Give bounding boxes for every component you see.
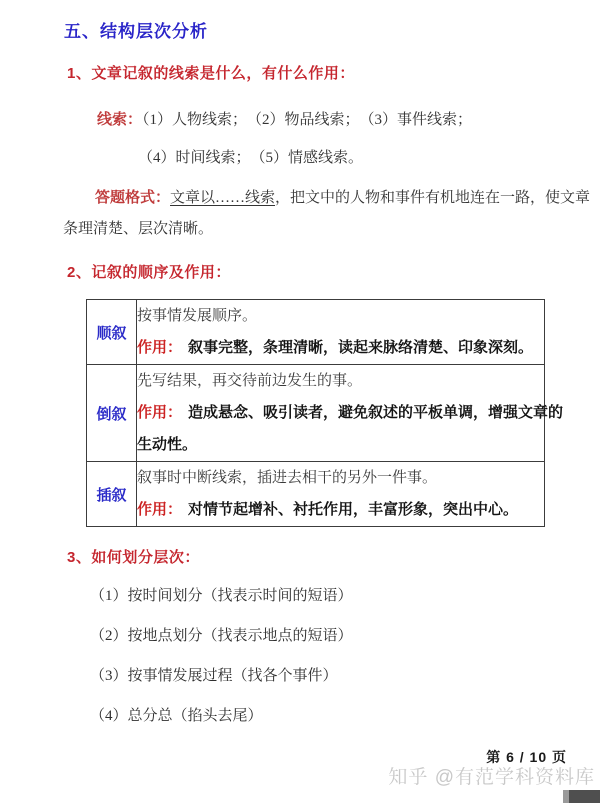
section3-heading: 3、如何划分层次： bbox=[67, 546, 200, 567]
page-title: 五、结构层次分析 bbox=[64, 17, 208, 42]
clue-line-1: 线索：（1）人物线索； （2）物品线索； （3）事件线索； bbox=[97, 108, 472, 129]
narration-order-table: 顺叙 按事情发展顺序。 作用：叙事完整，条理清晰，读起来脉络清楚、印象深刻。 倒… bbox=[86, 299, 545, 527]
effect-text: 造成悬念、吸引读者，避免叙述的平板单调，增强文章的 bbox=[188, 404, 563, 421]
row-description: 按事情发展顺序。 bbox=[137, 300, 544, 332]
answer-format-underlined: 文章以……线索 bbox=[170, 190, 275, 206]
effect-label: 作用： bbox=[137, 501, 182, 518]
list-item: （4）总分总（掐头去尾） bbox=[90, 708, 353, 724]
clue-label: 线索： bbox=[97, 112, 142, 128]
content-cell: 按事情发展顺序。 作用：叙事完整，条理清晰，读起来脉络清楚、印象深刻。 bbox=[137, 300, 545, 365]
effect-label: 作用： bbox=[137, 404, 182, 421]
row-effect: 作用：叙事完整，条理清晰，读起来脉络清楚、印象深刻。 bbox=[137, 332, 544, 364]
term-cell: 插叙 bbox=[87, 462, 137, 527]
answer-format-label: 答题格式： bbox=[95, 190, 170, 206]
clue-line1-text: （1）人物线索； （2）物品线索； （3）事件线索； bbox=[142, 112, 472, 128]
effect-label: 作用： bbox=[137, 339, 182, 356]
clue-line-2: （4）时间线索； （5）情感线索。 bbox=[138, 146, 363, 167]
list-item: （3）按事情发展过程（找各个事件） bbox=[90, 668, 353, 684]
effect-text: 叙事完整，条理清晰，读起来脉络清楚、印象深刻。 bbox=[188, 339, 533, 356]
document-page: 五、结构层次分析 1、文章记叙的线索是什么，有什么作用： 线索：（1）人物线索；… bbox=[0, 0, 600, 803]
answer-format-rest1: ，把文中的人物和事件有机地连在一路，使文章 bbox=[275, 190, 590, 206]
effect-text: 对情节起增补、衬托作用，丰富形象，突出中心。 bbox=[188, 501, 518, 518]
row-effect: 作用：对情节起增补、衬托作用，丰富形象，突出中心。 bbox=[137, 494, 544, 526]
division-methods-list: （1）按时间划分（找表示时间的短语） （2）按地点划分（找表示地点的短语） （3… bbox=[90, 588, 353, 748]
row-description: 叙事时中断线索，插进去相干的另外一件事。 bbox=[137, 462, 544, 494]
row-effect-continued: 生动性。 bbox=[137, 429, 544, 461]
answer-format-line2: 条理清楚、层次清晰。 bbox=[63, 217, 213, 238]
corner-bar bbox=[563, 790, 600, 803]
answer-format-line1: 答题格式：文章以……线索，把文中的人物和事件有机地连在一路，使文章 bbox=[63, 186, 590, 207]
table-row: 倒叙 先写结果，再交待前边发生的事。 作用：造成悬念、吸引读者，避免叙述的平板单… bbox=[87, 365, 545, 462]
row-effect: 作用：造成悬念、吸引读者，避免叙述的平板单调，增强文章的 bbox=[137, 397, 544, 429]
list-item: （1）按时间划分（找表示时间的短语） bbox=[90, 588, 353, 604]
term-cell: 倒叙 bbox=[87, 365, 137, 462]
term-cell: 顺叙 bbox=[87, 300, 137, 365]
content-cell: 叙事时中断线索，插进去相干的另外一件事。 作用：对情节起增补、衬托作用，丰富形象… bbox=[137, 462, 545, 527]
section2-heading: 2、记叙的顺序及作用： bbox=[67, 261, 231, 282]
section1-heading: 1、文章记叙的线索是什么，有什么作用： bbox=[67, 62, 355, 83]
table-row: 顺叙 按事情发展顺序。 作用：叙事完整，条理清晰，读起来脉络清楚、印象深刻。 bbox=[87, 300, 545, 365]
table-row: 插叙 叙事时中断线索，插进去相干的另外一件事。 作用：对情节起增补、衬托作用，丰… bbox=[87, 462, 545, 527]
list-item: （2）按地点划分（找表示地点的短语） bbox=[90, 628, 353, 644]
content-cell: 先写结果，再交待前边发生的事。 作用：造成悬念、吸引读者，避免叙述的平板单调，增… bbox=[137, 365, 545, 462]
watermark: 知乎 @有范学科资料库 bbox=[388, 762, 595, 789]
row-description: 先写结果，再交待前边发生的事。 bbox=[137, 365, 544, 397]
